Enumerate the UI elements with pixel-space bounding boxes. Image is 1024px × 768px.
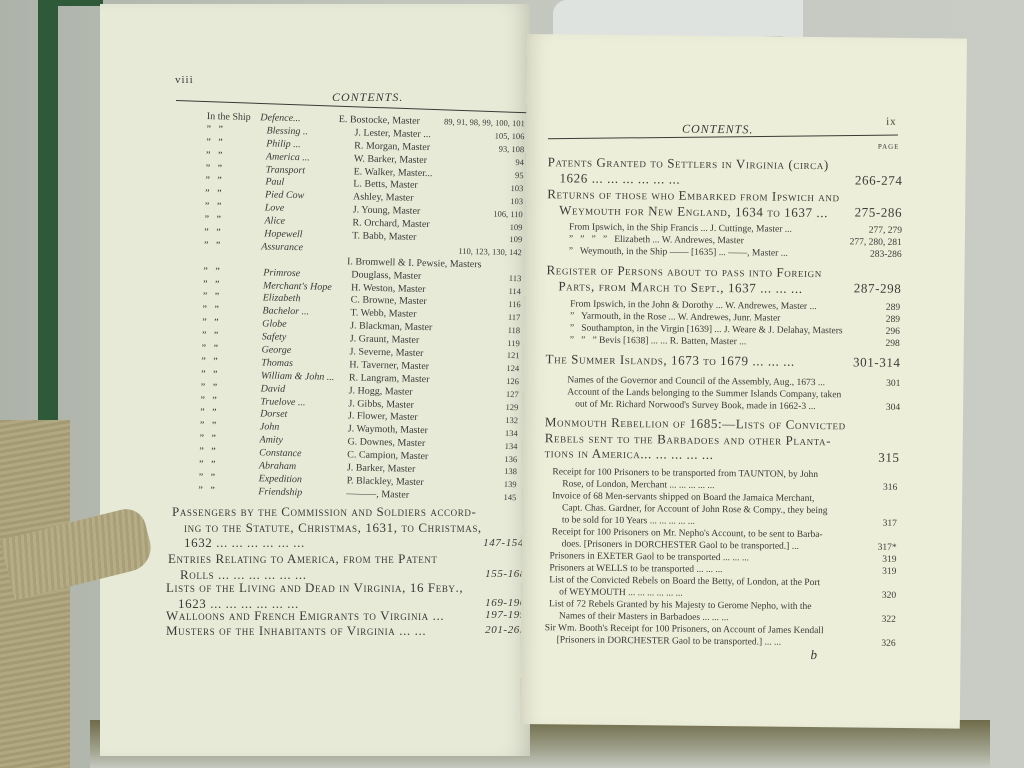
- right-page: ix CONTENTS. PAGE Patents Granted to Set…: [520, 34, 967, 729]
- toc-section: The Summer Islands, 1673 to 1679 ... ...…: [546, 351, 901, 370]
- toc-section: Entries Relating to America, from the Pa…: [168, 551, 526, 582]
- page-range: 147-154: [483, 536, 524, 552]
- toc-section: Musters of the Inhabitants of Virginia .…: [166, 623, 526, 639]
- book-cover-top: [38, 0, 103, 6]
- signature-mark: b: [810, 647, 817, 663]
- toc-subentry: [Prisoners in DORCHESTER Gaol to be tran…: [557, 634, 896, 650]
- toc-subentry: out of Mr. Richard Norwood's Survey Book…: [575, 399, 900, 415]
- page-range: 266-274: [855, 172, 903, 188]
- ship-list: In the Ship Defence... E. Bostocke, Mast…: [196, 110, 525, 504]
- toc-subentry: ” Weymouth, in the Ship —— [1635] ... ——…: [569, 245, 902, 261]
- toc-section: Monmouth Rebellion of 1685:—Lists of Con…: [545, 414, 900, 464]
- left-running-head: CONTENTS.: [332, 90, 403, 105]
- toc-subentry: ” ” ” Bevis [1638] ... ... R. Batten, Ma…: [570, 334, 900, 350]
- page-range: 287-298: [854, 280, 902, 296]
- page-range: 301-314: [853, 354, 901, 370]
- toc-section: Walloons and French Emigrants to Virgini…: [166, 608, 526, 624]
- toc-section: Register of Persons about to pass into F…: [546, 262, 901, 297]
- page-range: 315: [878, 450, 899, 466]
- page-range: 275-286: [855, 204, 903, 220]
- left-page: viii CONTENTS. In the Ship Defence... E.…: [100, 4, 530, 756]
- toc-section: Lists of the Living and Dead in Virginia…: [166, 580, 526, 611]
- toc-section: Passengers by the Commission and Soldier…: [172, 504, 524, 551]
- right-folio: ix: [886, 116, 897, 128]
- toc-section: Returns of those who Embarked from Ipswi…: [547, 186, 902, 221]
- page-column-label: PAGE: [878, 143, 900, 151]
- toc-section: Patents Granted to Settlers in Virginia …: [547, 154, 902, 189]
- right-running-head: CONTENTS.: [682, 122, 754, 138]
- left-folio: viii: [175, 74, 194, 86]
